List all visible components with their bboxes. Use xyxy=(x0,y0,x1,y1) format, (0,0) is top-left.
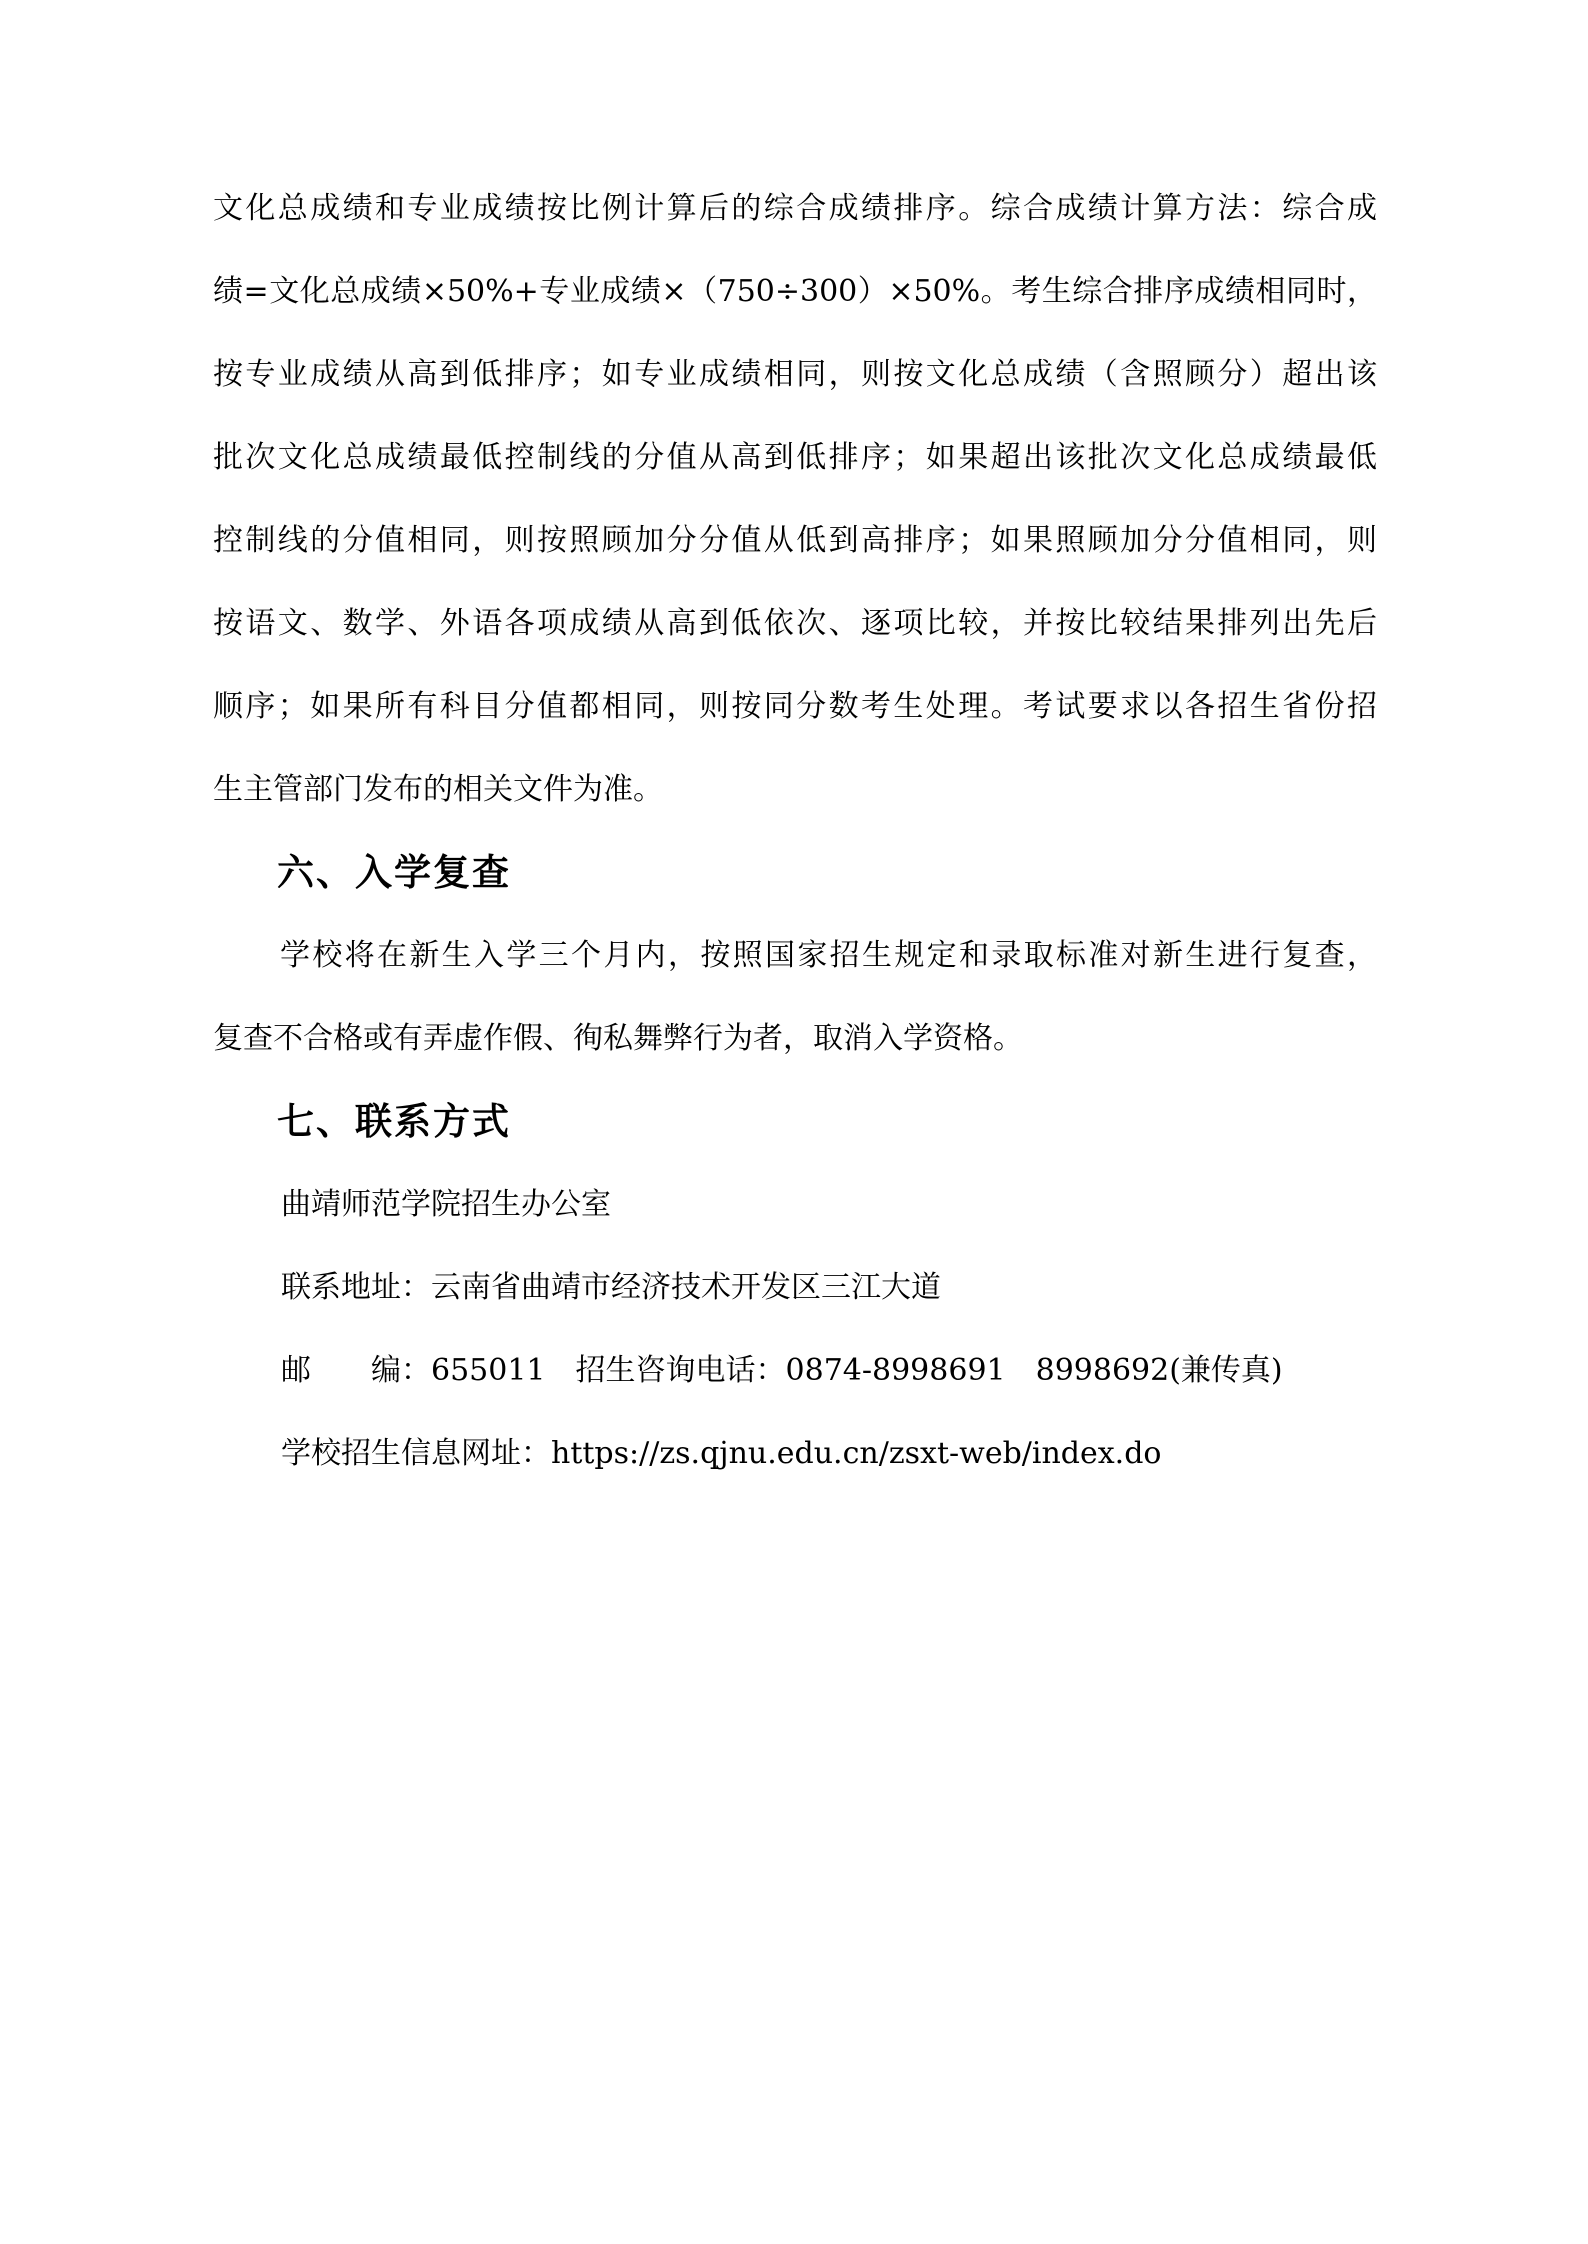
document-page: 文化总成绩和专业成绩按比例计算后的综合成绩排序。综合成绩计算方法：综合成 绩=文… xyxy=(0,0,1588,2244)
paragraph-line: 按专业成绩从高到低排序；如专业成绩相同，则按文化总成绩（含照顾分）超出该 xyxy=(213,333,1377,416)
paragraph-line: 按语文、数学、外语各项成绩从高到低依次、逐项比较，并按比较结果排列出先后 xyxy=(213,582,1377,665)
website-line: 学校招生信息网址：https://zs.qjnu.edu.cn/zsxt-web… xyxy=(213,1412,1377,1495)
office-name-line: 曲靖师范学院招生办公室 xyxy=(213,1163,1377,1246)
page-content: 文化总成绩和专业成绩按比例计算后的综合成绩排序。综合成绩计算方法：综合成 绩=文… xyxy=(213,167,1377,1495)
paragraph-line: 学校将在新生入学三个月内，按照国家招生规定和录取标准对新生进行复查， xyxy=(213,914,1377,997)
paragraph-line: 文化总成绩和专业成绩按比例计算后的综合成绩排序。综合成绩计算方法：综合成 xyxy=(213,167,1377,250)
paragraph-line: 复查不合格或有弄虚作假、徇私舞弊行为者，取消入学资格。 xyxy=(213,997,1377,1080)
section-7-heading: 七、联系方式 xyxy=(213,1080,1377,1163)
paragraph-line: 顺序；如果所有科目分值都相同，则按同分数考生处理。考试要求以各招生省份招 xyxy=(213,665,1377,748)
paragraph-line: 批次文化总成绩最低控制线的分值从高到低排序；如果超出该批次文化总成绩最低 xyxy=(213,416,1377,499)
postcode-phone-line: 邮 编：655011 招生咨询电话：0874-8998691 8998692(兼… xyxy=(213,1329,1377,1412)
paragraph-line: 控制线的分值相同，则按照顾加分分值从低到高排序；如果照顾加分分值相同，则 xyxy=(213,499,1377,582)
paragraph-line: 生主管部门发布的相关文件为准。 xyxy=(213,748,1377,831)
paragraph-line: 绩=文化总成绩×50%+专业成绩×（750÷300）×50%。考生综合排序成绩相… xyxy=(213,250,1377,333)
address-line: 联系地址：云南省曲靖市经济技术开发区三江大道 xyxy=(213,1246,1377,1329)
section-6-heading: 六、入学复查 xyxy=(213,831,1377,914)
